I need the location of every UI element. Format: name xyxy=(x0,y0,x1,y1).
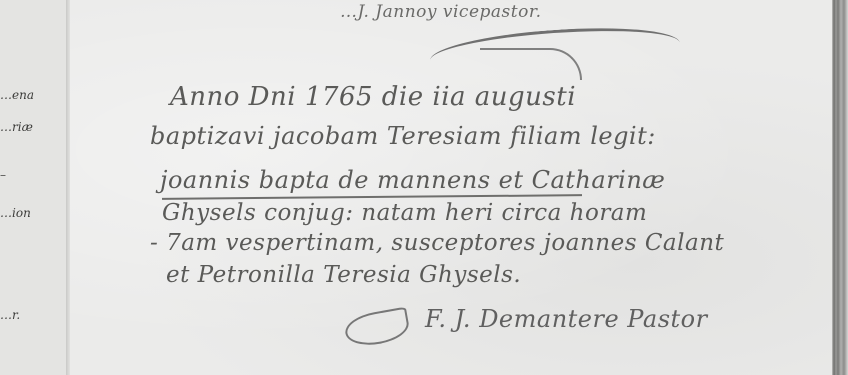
margin-fragment: – xyxy=(0,168,6,182)
page-binding-edge xyxy=(832,0,848,375)
separator-flourish xyxy=(480,48,582,80)
scanned-register-page: …ena …riæ – …ion …r. …J. Jannoy vicepast… xyxy=(0,0,848,375)
entry-line-date: Anno Dni 1765 die iia augusti xyxy=(170,82,576,112)
entry-line-godparents: - 7am vespertinam, susceptores joannes C… xyxy=(150,230,724,256)
entry-line-godmother: et Petronilla Teresia Ghysels. xyxy=(166,262,521,288)
entry-line-parents: joannis bapta de mannens et Catharinæ xyxy=(160,166,665,194)
entry-line-birth: Ghysels conjug: natam heri circa horam xyxy=(162,200,647,226)
margin-fragment: …ion xyxy=(0,206,31,220)
facing-page-edge: …ena …riæ – …ion …r. xyxy=(0,0,66,375)
entry-line-baptized: baptizavi jacobam Teresiam filiam legit: xyxy=(150,122,656,150)
father-name-underline xyxy=(162,194,582,200)
margin-fragment: …ena xyxy=(0,88,34,102)
margin-fragment: …riæ xyxy=(0,120,33,134)
previous-entry-signature: …J. Jannoy vicepastor. xyxy=(340,2,542,22)
book-gutter xyxy=(66,0,70,375)
pastor-signature: F. J. Demantere Pastor xyxy=(425,305,708,333)
margin-fragment: …r. xyxy=(0,308,20,322)
signature-flourish xyxy=(343,307,412,350)
